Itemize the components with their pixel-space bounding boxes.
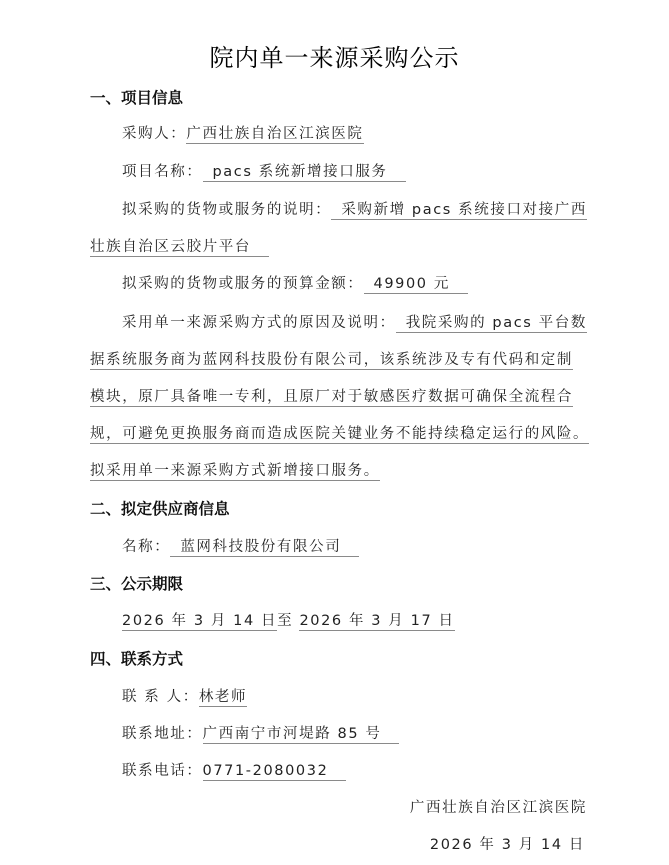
footer-date: 2026 年 3 月 14 日 [430,833,585,854]
reason-row: 采用单一来源采购方式的原因及说明：我院采购的 pacs 平台数 [122,311,587,332]
period-separator: 至 [277,613,293,629]
budget-row: 拟采购的货物或服务的预算金额：49900 元 [122,272,468,293]
contact-phone-label: 联系电话： [122,763,203,779]
period-start: 2026 年 3 月 14 日 [122,613,277,631]
contact-phone-value: 0771-2080032 [203,763,347,781]
description-row: 拟采购的货物或服务的说明：采购新增 pacs 系统接口对接广西 [122,198,587,219]
budget-value: 49900 元 [364,276,468,294]
description-row-cont: 壮族自治区云胶片平台 [90,235,269,256]
description-value-line1: 采购新增 pacs 系统接口对接广西 [331,202,587,220]
purchaser-row: 采购人：广西壮族自治区江滨医院 [122,122,364,143]
contact-phone-row: 联系电话：0771-2080032 [122,759,346,780]
project-name-value: pacs 系统新增接口服务 [203,164,406,182]
reason-row-3: 模块，原厂具备唯一专利，且原厂对于敏感医疗数据可确保全流程合 [90,385,573,406]
section-heading-period: 三、公示期限 [90,572,183,594]
supplier-row: 名称：蓝网科技股份有限公司 [122,535,359,556]
contact-person-value: 林老师 [199,689,247,707]
budget-label: 拟采购的货物或服务的预算金额： [122,276,364,292]
contact-address-label: 联系地址： [122,726,203,742]
contact-address-row: 联系地址：广西南宁市河堤路 85 号 [122,722,399,743]
section-heading-project-info: 一、项目信息 [90,86,183,108]
contact-address-value: 广西南宁市河堤路 85 号 [203,726,400,744]
reason-label: 采用单一来源采购方式的原因及说明： [122,315,396,331]
supplier-name-value: 蓝网科技股份有限公司 [170,539,359,557]
description-label: 拟采购的货物或服务的说明： [122,202,331,218]
reason-line-3: 模块，原厂具备唯一专利，且原厂对于敏感医疗数据可确保全流程合 [90,389,573,407]
section-heading-contact: 四、联系方式 [90,647,183,669]
reason-line-5: 拟采用单一来源采购方式新增接口服务。 [90,463,380,481]
purchaser-value: 广西壮族自治区江滨医院 [186,126,363,144]
reason-row-5: 拟采用单一来源采购方式新增接口服务。 [90,459,380,480]
project-name-row: 项目名称：pacs 系统新增接口服务 [122,160,406,181]
reason-line-4: 规，可避免更换服务商而造成医院关键业务不能持续稳定运行的风险。 [90,426,589,444]
supplier-name-label: 名称： [122,539,170,555]
description-value-line2: 壮族自治区云胶片平台 [90,239,269,257]
page-title: 院内单一来源采购公示 [0,38,669,73]
contact-person-label: 联 系 人： [122,689,199,705]
purchaser-label: 采购人： [122,126,186,142]
reason-row-2: 据系统服务商为蓝网科技股份有限公司，该系统涉及专有代码和定制 [90,348,573,369]
section-heading-supplier: 二、拟定供应商信息 [90,497,230,519]
reason-line-1: 我院采购的 pacs 平台数 [396,315,587,333]
period-row: 2026 年 3 月 14 日至 2026 年 3 月 17 日 [122,609,455,630]
project-name-label: 项目名称： [122,164,203,180]
period-end: 2026 年 3 月 17 日 [299,613,454,631]
reason-line-2: 据系统服务商为蓝网科技股份有限公司，该系统涉及专有代码和定制 [90,352,573,370]
footer-organization: 广西壮族自治区江滨医院 [410,796,587,817]
contact-person-row: 联 系 人：林老师 [122,685,247,706]
reason-row-4: 规，可避免更换服务商而造成医院关键业务不能持续稳定运行的风险。 [90,422,589,443]
